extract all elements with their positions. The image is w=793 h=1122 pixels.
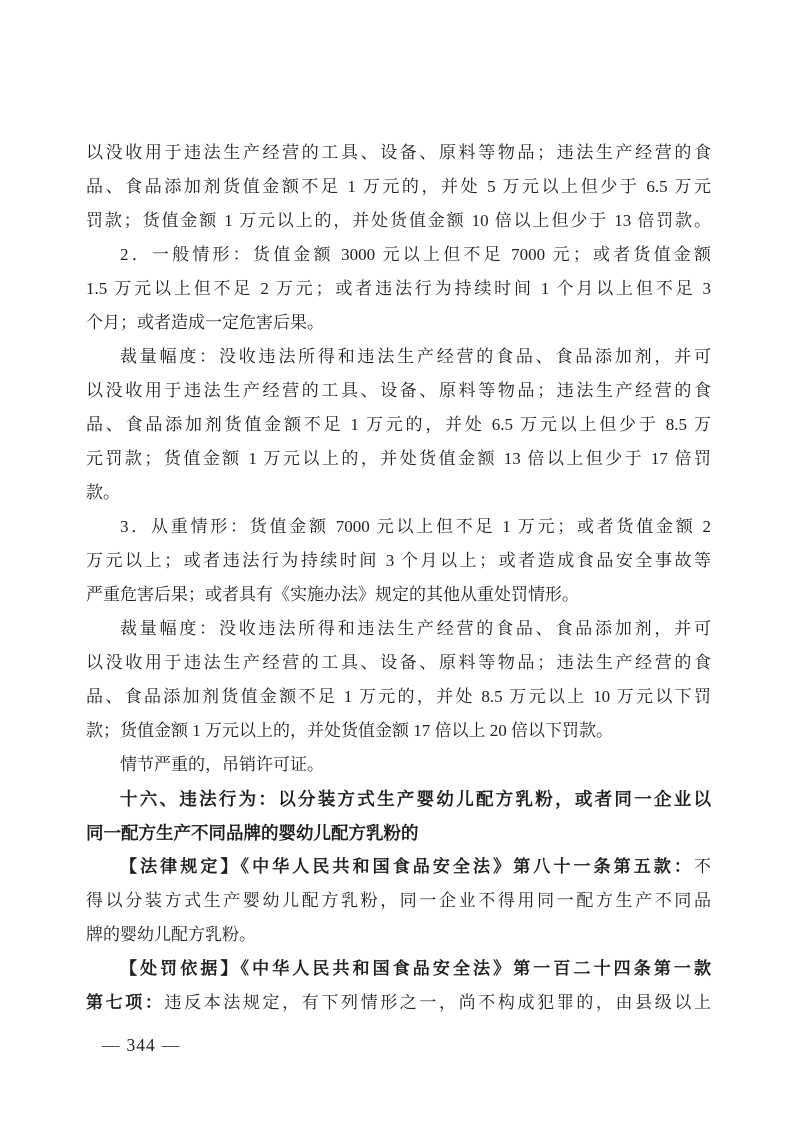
body-text: 万元以上；或者违法行为持续时间 3 个月以上；或者造成食品安全事故等 bbox=[86, 551, 711, 570]
body-text: 罚款；货值金额 1 万元以上的，并处货值金额 10 倍以上但少于 13 倍罚款。 bbox=[86, 211, 711, 230]
body-text: 牌的婴幼儿配方乳粉。 bbox=[86, 925, 256, 944]
bold-text: 同一配方生产不同品牌的婴幼儿配方乳粉的 bbox=[86, 823, 419, 843]
text-line: 得以分装方式生产婴幼儿配方乳粉，同一企业不得用同一配方生产不同品 bbox=[86, 884, 711, 918]
body-text: 2．一般情形：货值金额 3000 元以上但不足 7000 元；或者货值金额 bbox=[120, 245, 711, 264]
document-body: 以没收用于违法生产经营的工具、设备、原料等物品；违法生产经营的食品、食品添加剂货… bbox=[86, 136, 711, 1020]
text-line: 品、食品添加剂货值金额不足 1 万元的，并处 6.5 万元以上但少于 8.5 万 bbox=[86, 408, 711, 442]
text-line: 以没收用于违法生产经营的工具、设备、原料等物品；违法生产经营的食 bbox=[86, 646, 711, 680]
body-text: 元罚款；货值金额 1 万元以上的，并处货值金额 13 倍以上但少于 17 倍罚 bbox=[86, 449, 711, 468]
text-line: 罚款；货值金额 1 万元以上的，并处货值金额 10 倍以上但少于 13 倍罚款。 bbox=[86, 204, 711, 238]
heading-line: 同一配方生产不同品牌的婴幼儿配方乳粉的 bbox=[86, 816, 711, 850]
text-line: 裁量幅度：没收违法所得和违法生产经营的食品、食品添加剂，并可 bbox=[86, 612, 711, 646]
body-text: 违反本法规定，有下列情形之一，尚不构成犯罪的，由县级以上 bbox=[164, 993, 711, 1012]
body-text: 裁量幅度：没收违法所得和违法生产经营的食品、食品添加剂，并可 bbox=[120, 619, 711, 638]
text-line: 严重危害后果；或者具有《实施办法》规定的其他从重处罚情形。 bbox=[86, 578, 711, 612]
text-line: 2．一般情形：货值金额 3000 元以上但不足 7000 元；或者货值金额 bbox=[86, 238, 711, 272]
body-text: 得以分装方式生产婴幼儿配方乳粉，同一企业不得用同一配方生产不同品 bbox=[86, 891, 711, 910]
text-line: 第七项：违反本法规定，有下列情形之一，尚不构成犯罪的，由县级以上 bbox=[86, 986, 711, 1020]
text-line: 品、食品添加剂货值金额不足 1 万元的，并处 5 万元以上但少于 6.5 万元 bbox=[86, 170, 711, 204]
body-text: 品、食品添加剂货值金额不足 1 万元的，并处 8.5 万元以上 10 万元以下罚 bbox=[86, 687, 711, 706]
text-line: 品、食品添加剂货值金额不足 1 万元的，并处 8.5 万元以上 10 万元以下罚 bbox=[86, 680, 711, 714]
text-line: 【法律规定】《中华人民共和国食品安全法》第八十一条第五款：不 bbox=[86, 850, 711, 884]
text-line: 裁量幅度：没收违法所得和违法生产经营的食品、食品添加剂，并可 bbox=[86, 340, 711, 374]
text-line: 【处罚依据】《中华人民共和国食品安全法》第一百二十四条第一款 bbox=[86, 952, 711, 986]
text-line: 牌的婴幼儿配方乳粉。 bbox=[86, 918, 711, 952]
body-text: 3．从重情形：货值金额 7000 元以上但不足 1 万元；或者货值金额 2 bbox=[120, 517, 711, 536]
bold-text: 第七项： bbox=[86, 993, 164, 1012]
body-text: 品、食品添加剂货值金额不足 1 万元的，并处 6.5 万元以上但少于 8.5 万 bbox=[86, 415, 711, 434]
text-line: 以没收用于违法生产经营的工具、设备、原料等物品；违法生产经营的食 bbox=[86, 374, 711, 408]
footer-right-dash: — bbox=[156, 1035, 187, 1055]
text-line: 以没收用于违法生产经营的工具、设备、原料等物品；违法生产经营的食 bbox=[86, 136, 711, 170]
body-text: 以没收用于违法生产经营的工具、设备、原料等物品；违法生产经营的食 bbox=[86, 143, 711, 162]
body-text: 情节严重的，吊销许可证。 bbox=[120, 755, 324, 774]
footer-left-dash: — bbox=[96, 1035, 127, 1055]
text-line: 款。 bbox=[86, 476, 711, 510]
body-text: 款。 bbox=[86, 483, 120, 502]
page-number: 344 bbox=[127, 1035, 156, 1055]
body-text: 不 bbox=[694, 857, 711, 876]
bold-text: 【法律规定】《中华人民共和国食品安全法》第八十一条第五款： bbox=[120, 857, 694, 876]
body-text: 款；货值金额 1 万元以上的，并处货值金额 17 倍以上 20 倍以下罚款。 bbox=[86, 721, 613, 740]
text-line: 1.5 万元以上但不足 2 万元；或者违法行为持续时间 1 个月以上但不足 3 bbox=[86, 272, 711, 306]
page-footer: —344— bbox=[96, 1028, 186, 1062]
body-text: 1.5 万元以上但不足 2 万元；或者违法行为持续时间 1 个月以上但不足 3 bbox=[86, 279, 711, 298]
body-text: 以没收用于违法生产经营的工具、设备、原料等物品；违法生产经营的食 bbox=[86, 653, 711, 672]
body-text: 个月；或者造成一定危害后果。 bbox=[86, 313, 324, 332]
body-text: 裁量幅度：没收违法所得和违法生产经营的食品、食品添加剂，并可 bbox=[120, 347, 711, 366]
body-text: 以没收用于违法生产经营的工具、设备、原料等物品；违法生产经营的食 bbox=[86, 381, 711, 400]
text-line: 款；货值金额 1 万元以上的，并处货值金额 17 倍以上 20 倍以下罚款。 bbox=[86, 714, 711, 748]
body-text: 严重危害后果；或者具有《实施办法》规定的其他从重处罚情形。 bbox=[86, 585, 579, 604]
document-page: 以没收用于违法生产经营的工具、设备、原料等物品；违法生产经营的食品、食品添加剂货… bbox=[0, 0, 793, 1122]
heading-line: 十六、违法行为：以分装方式生产婴幼儿配方乳粉，或者同一企业以 bbox=[86, 782, 711, 816]
text-line: 情节严重的，吊销许可证。 bbox=[86, 748, 711, 782]
text-line: 个月；或者造成一定危害后果。 bbox=[86, 306, 711, 340]
bold-text: 十六、违法行为：以分装方式生产婴幼儿配方乳粉，或者同一企业以 bbox=[120, 789, 711, 809]
text-line: 元罚款；货值金额 1 万元以上的，并处货值金额 13 倍以上但少于 17 倍罚 bbox=[86, 442, 711, 476]
bold-text: 【处罚依据】《中华人民共和国食品安全法》第一百二十四条第一款 bbox=[120, 959, 711, 978]
text-line: 万元以上；或者违法行为持续时间 3 个月以上；或者造成食品安全事故等 bbox=[86, 544, 711, 578]
text-line: 3．从重情形：货值金额 7000 元以上但不足 1 万元；或者货值金额 2 bbox=[86, 510, 711, 544]
body-text: 品、食品添加剂货值金额不足 1 万元的，并处 5 万元以上但少于 6.5 万元 bbox=[86, 177, 711, 196]
